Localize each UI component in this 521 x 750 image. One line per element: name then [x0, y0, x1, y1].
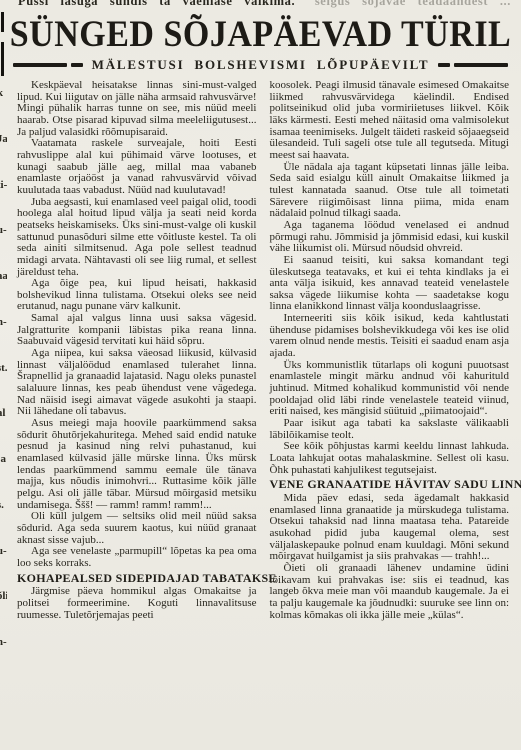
- article-body: Keskpäeval heisatakse linnas sini-must-v…: [0, 73, 521, 621]
- rule-segment: [71, 63, 83, 67]
- clipped-top-line: Püssi lasuga sundis ta vaenlase vaikima.…: [18, 0, 511, 9]
- edge-fragment: ja: [0, 454, 4, 465]
- paragraph: Õieti oli granaadi lähenev undamine üdin…: [270, 563, 510, 621]
- paragraph: Üle nädala aja tagant küpsetati linnas j…: [270, 162, 510, 220]
- edge-fragment: u-: [0, 225, 4, 236]
- paragraph: Paar isikut aga tabati ka sakslaste väli…: [270, 418, 510, 441]
- edge-fragment: aa: [0, 271, 4, 282]
- article-subtitle: MÄLESTUSI BOLSHEVISMI LÕPUPÄEVILT: [92, 57, 430, 73]
- newspaper-page: { "colors": { "paper": "#edebe3", "ink":…: [0, 0, 521, 750]
- paragraph: Vaatamata raskele surveajale, hoiti Eest…: [17, 138, 257, 196]
- paragraph: Aga õige pea, kui lipud heisati, hakkasi…: [17, 278, 257, 313]
- paragraph: Järgmise päeva hommikul algas Omakaitse …: [17, 586, 257, 621]
- rule-segment: [438, 63, 450, 67]
- rule-segment: [13, 63, 67, 67]
- subtitle-rule-left: [13, 63, 83, 67]
- edge-fragment: st.: [0, 363, 4, 374]
- edge-fragment: s.: [0, 500, 4, 511]
- column-subheading: KOHAPEALSED SIDEPIDAJAD TABATAKSE: [17, 573, 257, 585]
- clipped-top-line-left: Püssi lasuga sundis ta vaenlase vaikima.: [18, 0, 295, 8]
- subtitle-rule-right: [438, 63, 508, 67]
- edge-fragment: k: [0, 88, 4, 99]
- paragraph: Üks kommunistlik tütarlaps oli koguni pu…: [270, 360, 510, 418]
- paragraph: Aga niipea, kui saksa väeosad liikusid, …: [17, 348, 257, 418]
- paragraph: Mida päev edasi, seda ägedamalt hakkasid…: [270, 493, 510, 563]
- paragraph: Aga taganema löödud venelased ei andnud …: [270, 220, 510, 255]
- paragraph: Oli küll julgem — seltsiks olid meil nüü…: [17, 511, 257, 546]
- edge-fragment: ti-: [0, 180, 4, 191]
- edge-fragment: Ja: [0, 134, 4, 145]
- paragraph: Samal ajal valgus linna uusi saksa väges…: [17, 313, 257, 348]
- article-headline: SÜNGED SÕJAPÄEVAD TÜRIL: [6, 14, 515, 55]
- edge-fragment: h-: [0, 637, 4, 648]
- edge-fragment: h-: [0, 317, 4, 328]
- paragraph: Aga see venelaste „parmupill“ lõpetas ka…: [17, 546, 257, 569]
- paragraph: Ei saanud teisiti, kui saksa komandant t…: [270, 255, 510, 313]
- paragraph: Juba aegsasti, kui enamlased veel paigal…: [17, 197, 257, 279]
- paragraph: Asus meiegi maja hoovile paarkümmend sak…: [17, 418, 257, 511]
- subtitle-row: MÄLESTUSI BOLSHEVISMI LÕPUPÄEVILT: [13, 57, 508, 73]
- edge-fragment: õli: [0, 591, 4, 602]
- edge-fragment: u-: [0, 546, 4, 557]
- edge-fragment: al: [0, 408, 4, 419]
- column-left: Keskpäeval heisatakse linnas sini-must-v…: [17, 80, 257, 621]
- scan-edge-marks: [1, 12, 4, 82]
- rule-segment: [454, 63, 508, 67]
- paragraph: koosolek. Peagi ilmusid tänavale esimese…: [270, 80, 510, 162]
- clipped-top-line-right: selgus sõjaväe teadaandest ...: [315, 0, 511, 8]
- scan-edge-letter-fragments: k Ja ti- u- aa h- st. al ja s. u- õli h-: [0, 88, 7, 648]
- paragraph: See kõik põhjustas karmi keeldu linnast …: [270, 441, 510, 476]
- paragraph: Interneeriti siis kõik isikud, keda kaht…: [270, 313, 510, 360]
- paragraph: Keskpäeval heisatakse linnas sini-must-v…: [17, 80, 257, 138]
- column-subheading: VENE GRANAATIDE HÄVITAV SADU LINNA: [270, 479, 510, 491]
- column-right: koosolek. Peagi ilmusid tänavale esimese…: [270, 80, 510, 621]
